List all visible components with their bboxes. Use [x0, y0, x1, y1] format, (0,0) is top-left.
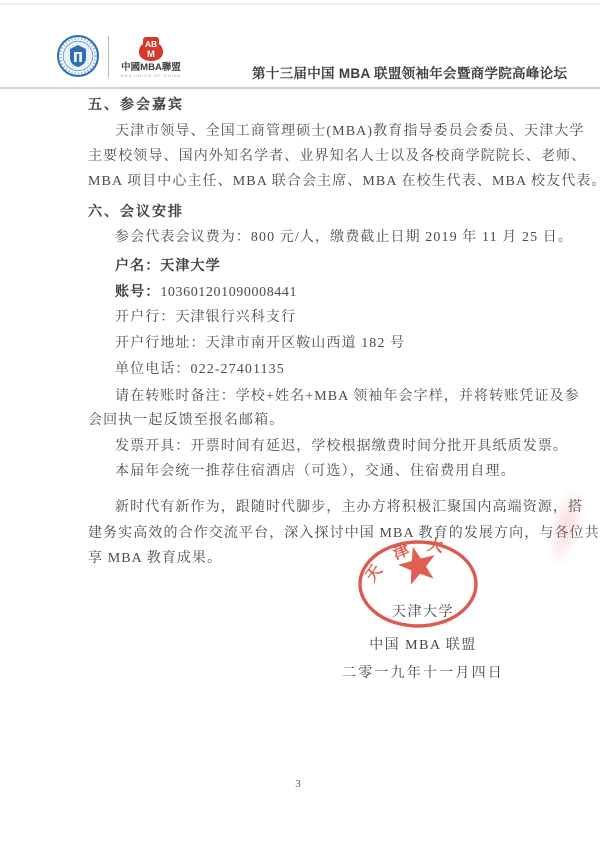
guests-line-1: 天津市领导、全国工商管理硕士(MBA)教育指导委员会委员、天津大学 — [115, 123, 585, 141]
closing-line-2: 建务实高效的合作交流平台，深入探讨中国 MBA 教育的发展方向，与各位共 — [88, 525, 600, 543]
account-number-label: 账号： — [115, 283, 160, 299]
union-logo-label: 中國MBA聯盟 — [118, 62, 184, 73]
logo-divider — [108, 36, 109, 78]
account-name-line: 户名：天津大学 — [115, 256, 221, 274]
transfer-remark-line-2: 会回执一起反馈至报名邮箱。 — [88, 412, 284, 430]
union-logo-monogram-top: AB — [145, 39, 157, 49]
signature-university: 天津大学 — [392, 601, 454, 621]
invoice-line: 发票开具：开票时间有延迟，学校根据缴费时间分批开具纸质发票。 — [115, 438, 568, 456]
account-number-value: 103601201090008441 — [160, 285, 297, 300]
bank-line: 开户行：天津银行兴科支行 — [115, 309, 296, 327]
union-logo-sublabel: MBA UNION OF CHINA — [118, 73, 184, 78]
transfer-remark-line-1: 请在转账时备注：学校+姓名+MBA 领袖年会字样，并将转账凭证及参 — [115, 388, 580, 406]
fee-line: 参会代表会议费为：800 元/人，缴费截止日期 2019 年 11 月 25 日… — [115, 229, 573, 247]
signature-organization: 中国 MBA 联盟 — [369, 634, 477, 654]
tianjin-university-seal-icon — [56, 34, 100, 78]
phone-line: 单位电话：022-27401135 — [115, 361, 285, 379]
mba-union-logo: AB M 中國MBA聯盟 MBA UNION OF CHINA — [118, 36, 184, 84]
header-rule — [0, 87, 600, 89]
section-6-heading: 六、会议安排 — [88, 202, 184, 220]
page-number: 3 — [288, 778, 308, 790]
closing-line-1: 新时代有新作为，跟随时代脚步，主办方将积极汇聚国内高端资源，搭 — [115, 499, 583, 517]
mba-union-logo-icon: AB M — [136, 36, 166, 62]
section-5-heading: 五、参会嘉宾 — [88, 95, 184, 113]
scan-artifact-line — [0, 3, 600, 5]
document-title: 第十三届中国 MBA 联盟领袖年会暨商学院高峰论坛 — [252, 62, 567, 82]
signature-date: 二零一九年十一月四日 — [342, 662, 504, 682]
document-page: AB M 中國MBA聯盟 MBA UNION OF CHINA 第十三届中国 M… — [0, 0, 600, 848]
university-stamp-icon: 天 津 大 学 — [350, 534, 486, 638]
bank-address-line: 开户行地址：天津市南开区鞍山西道 182 号 — [115, 335, 405, 353]
guests-line-3: MBA 项目中心主任、MBA 联合会主席、MBA 在校生代表、MBA 校友代表。 — [88, 173, 600, 191]
account-number-line: 账号：103601201090008441 — [115, 282, 297, 302]
hotel-line: 本届年会统一推荐住宿酒店（可选），交通、住宿费用自理。 — [115, 463, 516, 481]
guests-line-2: 主要校领导、国内外知名学者、业界知名人士以及各校商学院院长、老师、 — [88, 148, 586, 166]
closing-line-3: 享 MBA 教育成果。 — [88, 550, 222, 568]
union-logo-monogram-bottom: M — [147, 49, 155, 60]
